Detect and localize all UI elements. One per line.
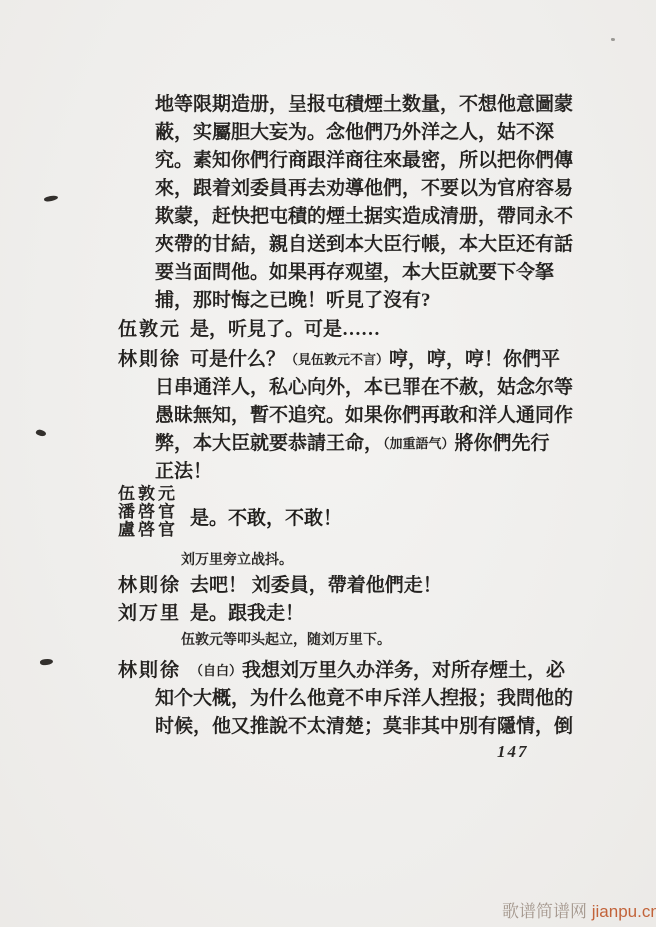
page-number: 147 [497,742,529,762]
watermark-site-url: jianpu.cn [592,902,656,921]
ink-speck [35,428,47,438]
dialogue-row: 林則徐（自白）我想刘万里久办洋务，对所存煙土，必 [118,659,565,684]
speech-line: 夾帶的甘結，親自送到本大臣行帳，本大臣还有話 [155,233,573,257]
watermark: 歌谱简谱网 jianpu.cn [502,897,656,922]
speech-line: 日串通洋人，私心向外，本已罪在不赦，姑念尔等 [155,376,573,400]
ink-speck [40,658,54,666]
speech-line: 知个大概，为什么他竟不申斥洋人揑报；我問他的 [155,687,573,711]
speaker-name: 伍敦元 [118,485,178,503]
speaker-name: 林則徐 [118,659,190,683]
dialogue-text: 是，听見了。可是…… [190,319,380,340]
dialogue-text: 哼，哼，哼！你們平 [389,349,560,370]
speech-line: 地等限期造册，呈报屯積煙土数量，不想他意圖蒙 [155,93,573,117]
speech-line: 弊，本大臣就要恭請王命，（加重語气）將你們先行 [155,432,550,457]
speech-line: 正法！ [155,460,212,484]
speaker-name: 刘万里 [118,602,190,626]
speech-line: 要当面問他。如果再存观望，本大臣就要下令拏 [155,261,554,285]
dialogue-text: 可是什么？ [190,349,285,370]
dialogue-text: 去吧！ 刘委員，帶着他們走！ [190,575,442,596]
speech-line: 捕，那时悔之已晚！听見了沒有? [155,289,431,313]
dialogue-row: 刘万里是。跟我走！ [118,602,304,626]
speech-line: 时候，他又推說不太清楚；莫非其中別有隱情，倒 [155,715,573,739]
dialogue-row: 伍敦元是，听見了。可是…… [118,318,380,342]
dialogue-text: 弊，本大臣就要恭請王命， [155,433,383,454]
stage-direction-inline: （加重語气） [383,436,455,451]
stage-direction-inline: （見伍敦元不言） [285,352,389,367]
speech-line: 蔽，实屬胆大妄为。念他們乃外洋之人，姑不深 [155,121,554,145]
dialogue-text: 我想刘万里久办洋务，对所存煙土，必 [242,660,565,681]
watermark-site-name: 歌谱简谱网 [502,902,587,921]
speech-line: 愚昧無知，暫不追究。如果你們再敢和洋人通同作 [155,404,573,428]
speaker-name: 潘啓官 [118,503,178,521]
dialogue-row: 林則徐可是什么？（見伍敦元不言）哼，哼，哼！你們平 [118,348,560,373]
speaker-name: 林則徐 [118,574,190,598]
speech-line: 來，跟着刘委員再去劝導他們，不要以为官府容易 [155,177,573,201]
stage-direction-inline: （自白） [190,663,242,678]
speech-line: 究。素知你們行商跟洋商往來最密，所以把你們傳 [155,149,573,173]
stage-direction: 伍敦元等叩头起立，随刘万里下。 [181,629,391,649]
speech-line: 欺蒙，赶快把屯積的煙土据实造成清册，帶同永不 [155,205,573,229]
speaker-group: 伍敦元 潘啓官 盧啓官 [118,485,178,539]
ink-speck [611,38,615,41]
ink-speck [44,195,59,203]
dialogue-text: 是。不敢，不敢！ [190,503,342,530]
stage-direction: 刘万里旁立战抖。 [181,549,293,569]
dialogue-text: 是。跟我走！ [190,603,304,624]
dialogue-row: 林則徐去吧！ 刘委員，帶着他們走！ [118,574,442,598]
speaker-name: 林則徐 [118,348,190,372]
speaker-name: 伍敦元 [118,318,190,342]
speaker-name: 盧啓官 [118,521,178,539]
dialogue-text: 將你們先行 [455,433,550,454]
book-page: 地等限期造册，呈报屯積煙土数量，不想他意圖蒙 蔽，实屬胆大妄为。念他們乃外洋之人… [0,0,656,927]
